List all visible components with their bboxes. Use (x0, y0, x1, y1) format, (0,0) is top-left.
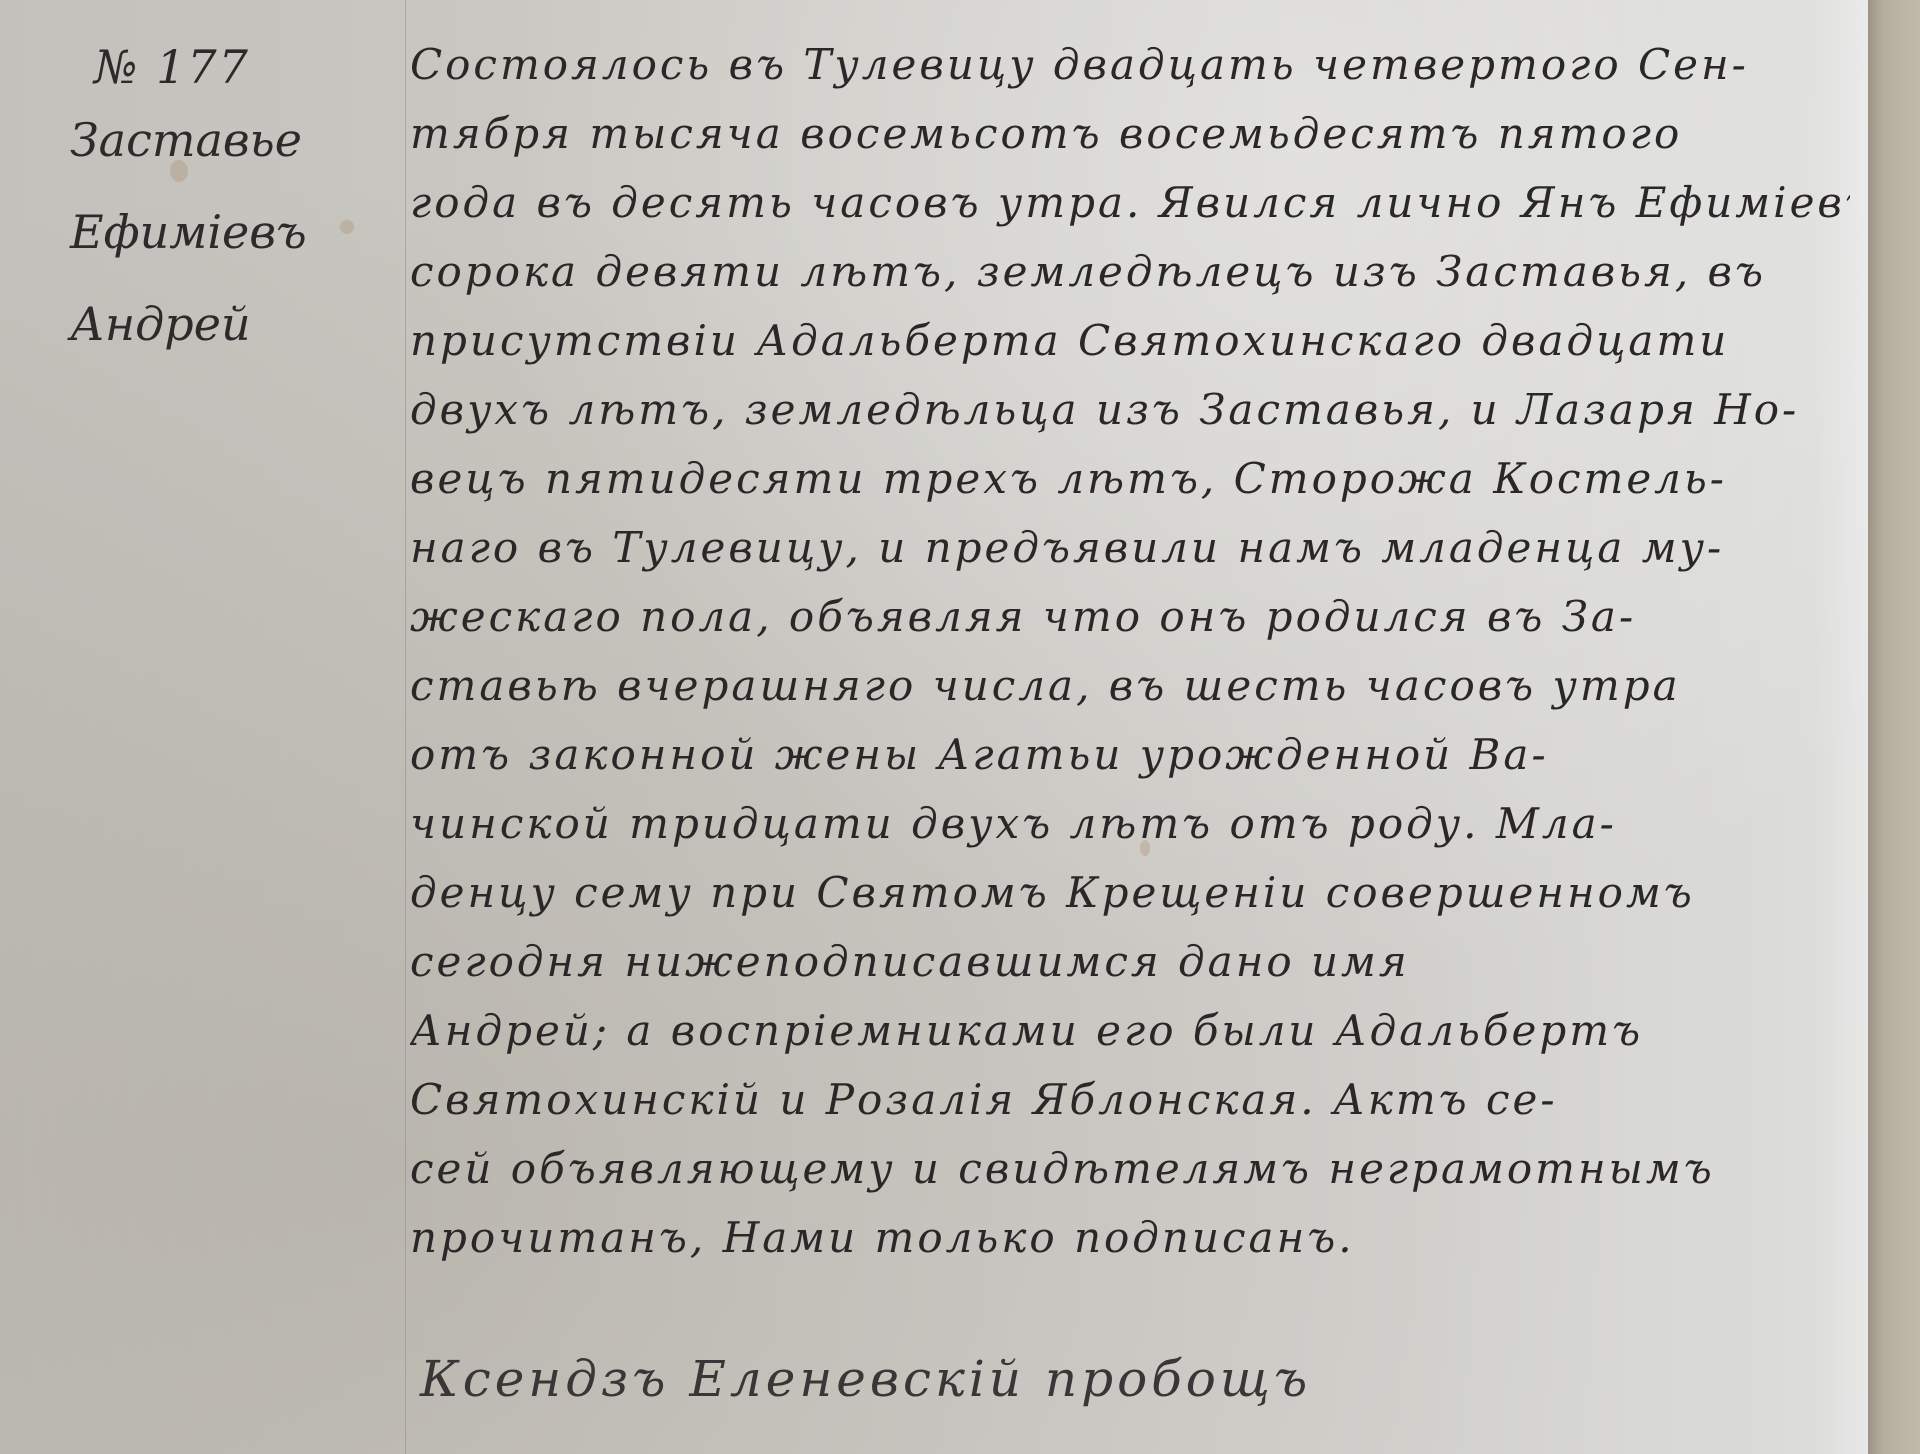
text-line: вецъ пятидесяти трехъ лѣтъ, Сторожа Кост… (410, 444, 1850, 513)
text-line: сей объявляющему и свидѣтелямъ неграмотн… (410, 1134, 1850, 1203)
margin-given-name: Андрей (70, 278, 390, 370)
margin-surname: Ефиміевъ (70, 186, 390, 278)
margin-village: Заставье (70, 94, 390, 186)
text-line: денцу сему при Святомъ Крещеніи совершен… (410, 858, 1850, 927)
text-line: тября тысяча восемьсотъ восемьдесятъ пят… (410, 99, 1850, 168)
text-line: отъ законной жены Агатьи урожденной Ва- (410, 720, 1850, 789)
text-line: ставьѣ вчерашняго числа, въ шесть часовъ… (410, 651, 1850, 720)
text-line: жескаго пола, объявляя что онъ родился в… (410, 582, 1850, 651)
margin-annotation: № 177 Заставье Ефиміевъ Андрей (60, 40, 390, 370)
margin-rule (405, 0, 406, 1454)
record-body: Состоялось въ Тулевицу двадцать четверто… (410, 30, 1850, 1272)
text-line: сегодня нижеподписавшимся дано имя (410, 927, 1850, 996)
priest-signature: Ксендзъ Еленевскій пробощъ (420, 1350, 1311, 1408)
text-line: сорока девяти лѣтъ, земледѣлецъ изъ Заст… (410, 237, 1850, 306)
text-line: присутствіи Адальберта Святохинскаго два… (410, 306, 1850, 375)
text-line: года въ десять часовъ утра. Явился лично… (410, 168, 1850, 237)
text-line: прочитанъ, Нами только подписанъ. (410, 1203, 1850, 1272)
text-line: Святохинскій и Розалія Яблонская. Актъ с… (410, 1065, 1850, 1134)
document-page: № 177 Заставье Ефиміевъ Андрей Состоялос… (0, 0, 1868, 1454)
text-line: двухъ лѣтъ, земледѣльца изъ Заставья, и … (410, 375, 1850, 444)
underlying-page-edge (1868, 0, 1920, 1454)
record-number: № 177 (94, 40, 390, 94)
text-line: Состоялось въ Тулевицу двадцать четверто… (410, 30, 1850, 99)
text-line: наго въ Тулевицу, и предъявили намъ млад… (410, 513, 1850, 582)
text-line: Андрей; а воспріемниками его были Адальб… (410, 996, 1850, 1065)
text-line: чинской тридцати двухъ лѣтъ отъ роду. Мл… (410, 789, 1850, 858)
